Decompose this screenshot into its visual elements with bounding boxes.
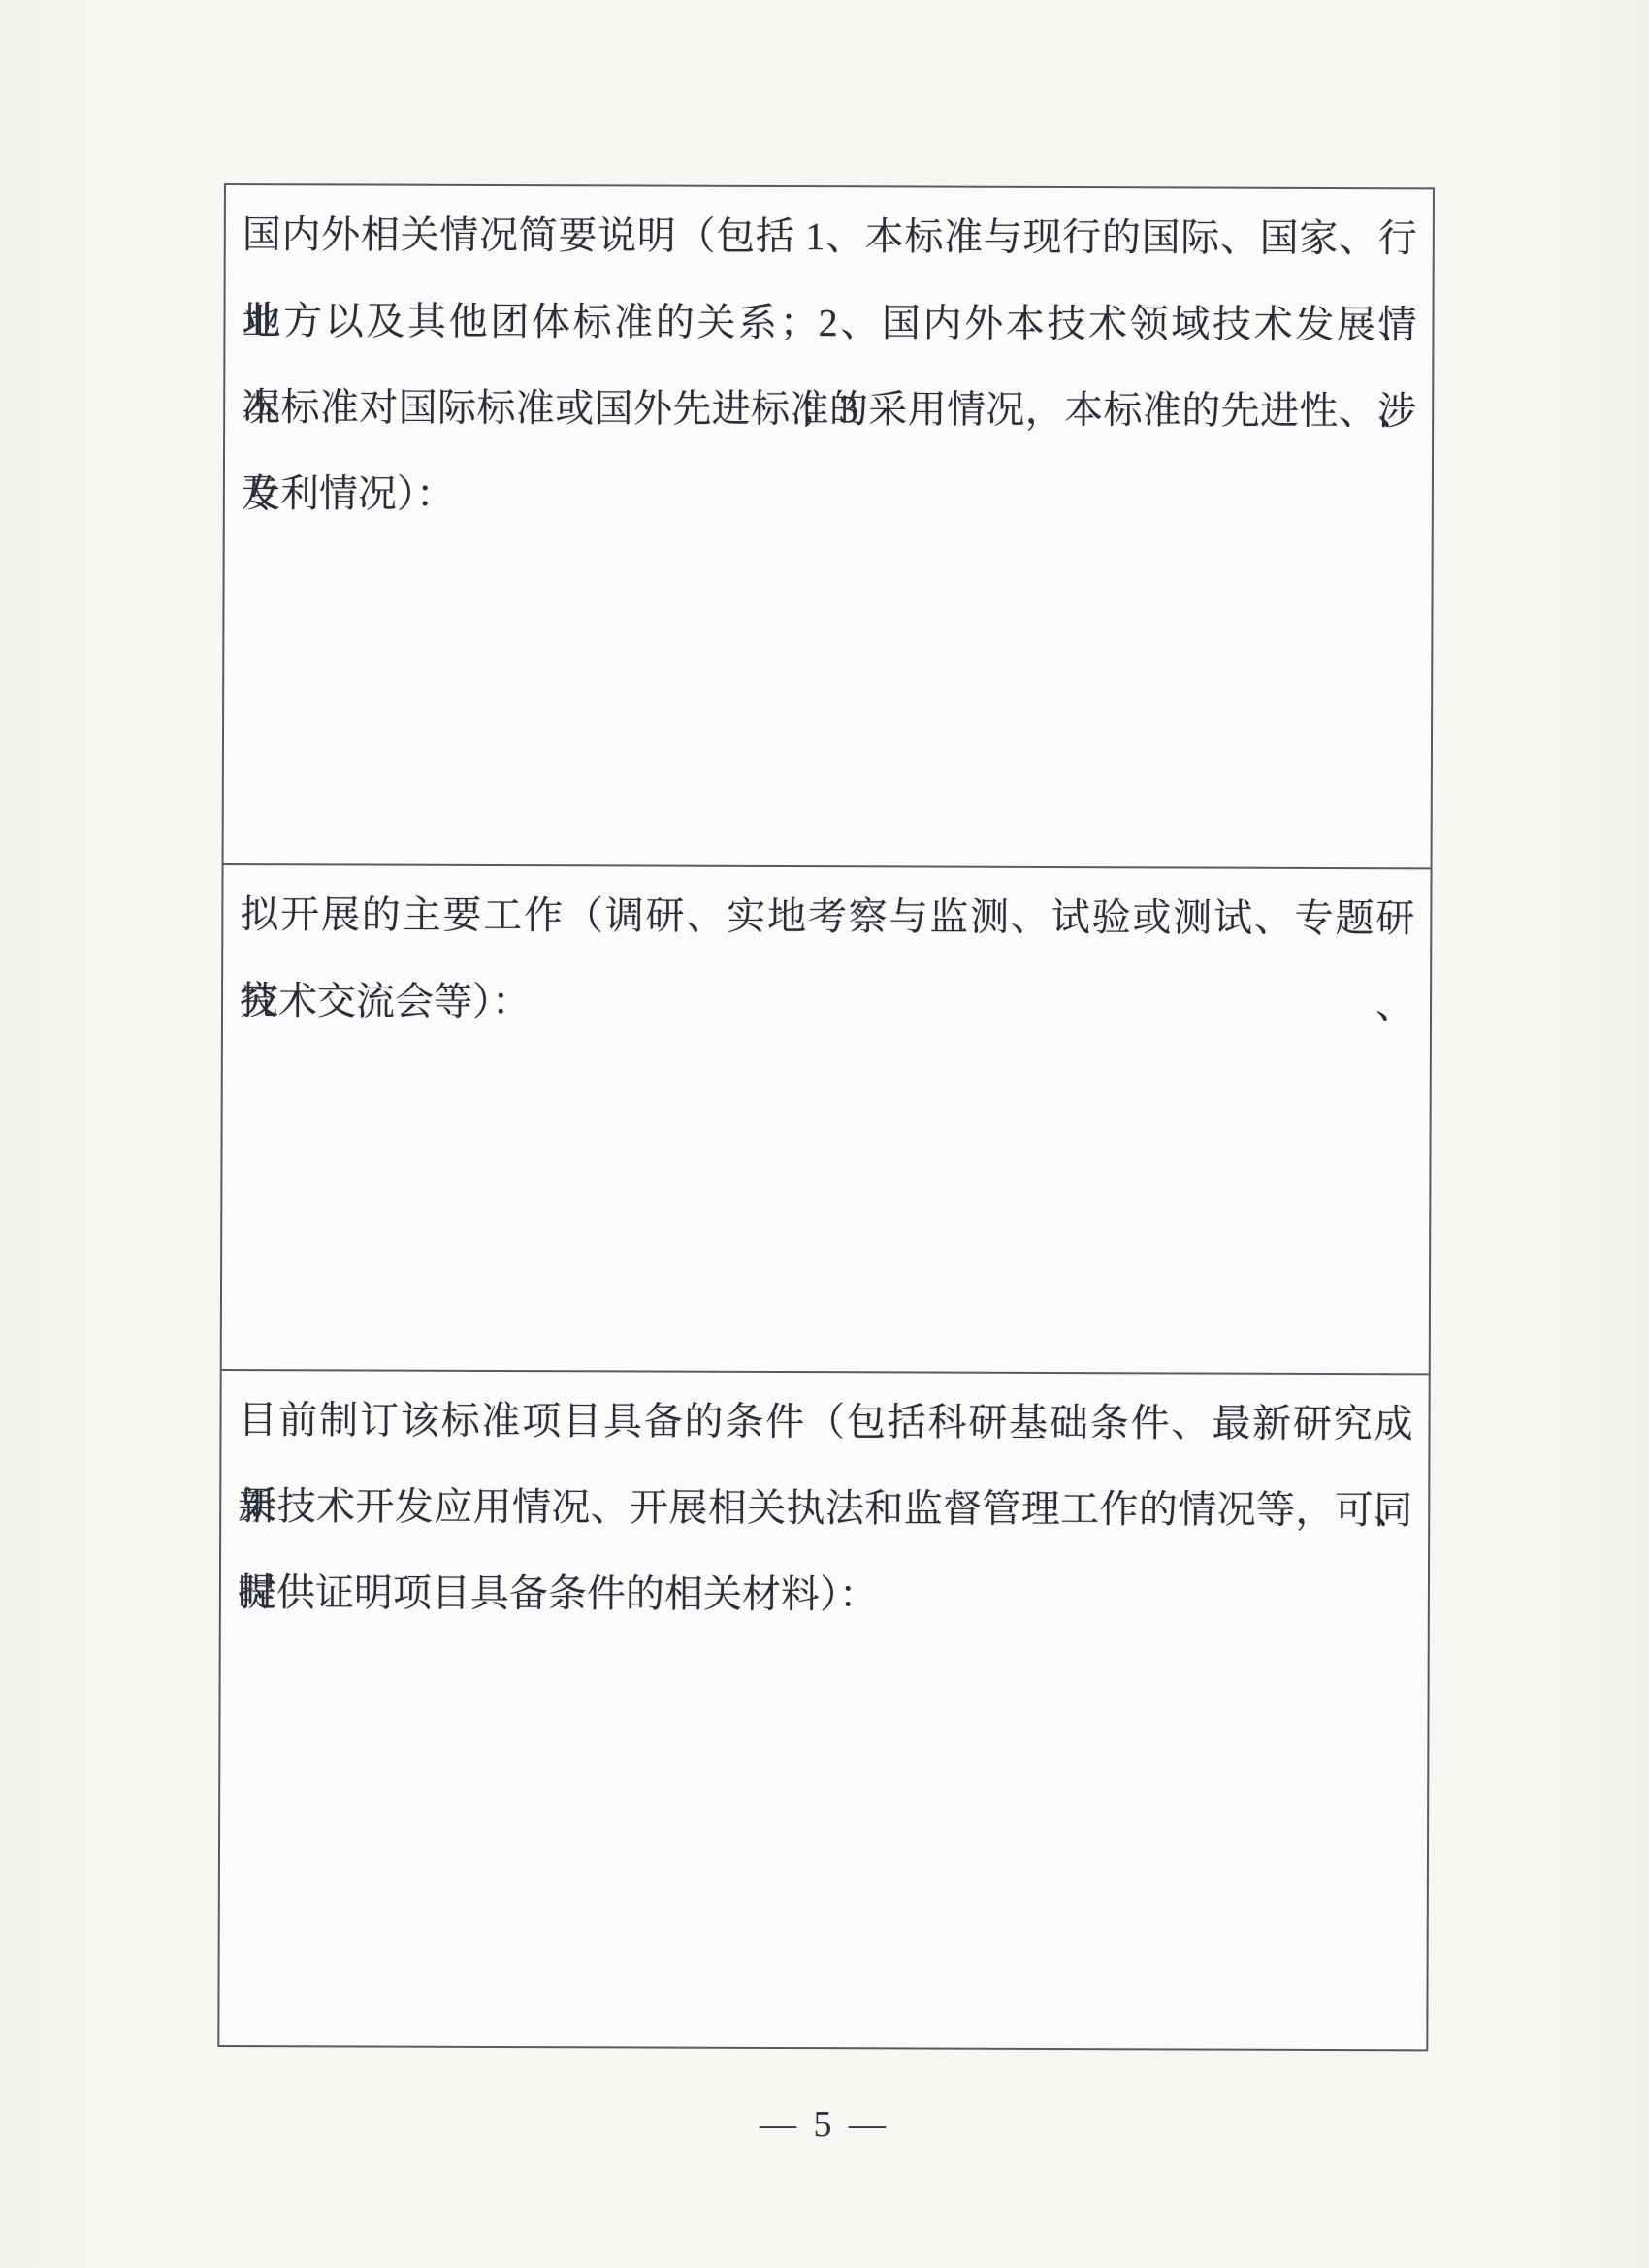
form-text-line: 新技术开发应用情况、开展相关执法和监督管理工作的情况等，可同时 <box>238 1463 1412 1553</box>
form-text-line: 本标准对国际标准或国外先进标准的采用情况，本标准的先进性、涉及 <box>242 364 1416 454</box>
form-text-line: 目前制订该标准项目具备的条件（包括科研基础条件、最新研究成果、 <box>238 1377 1412 1467</box>
form-text-line: 专利情况）： <box>242 450 1416 540</box>
form-text-line: 国内外相关情况简要说明（包括 1、本标准与现行的国际、国家、行业、 <box>242 191 1417 281</box>
form-text-line: 提供证明项目具备条件的相关材料）： <box>238 1549 1412 1639</box>
page-number: — 5 — <box>0 2103 1649 2146</box>
scanned-form-page: 国内外相关情况简要说明（包括 1、本标准与现行的国际、国家、行业、 地方以及其他… <box>0 0 1649 2268</box>
form-text-line: 拟开展的主要工作（调研、实地考察与监测、试验或测试、专题研究、 <box>240 871 1414 961</box>
form-cell-current-project-conditions: 目前制订该标准项目具备的条件（包括科研基础条件、最新研究成果、 新技术开发应用情… <box>219 1371 1428 2049</box>
form-cell-planned-main-work: 拟开展的主要工作（调研、实地考察与监测、试验或测试、专题研究、 技术交流会等）： <box>222 865 1431 1375</box>
form-cell-domestic-international-situation: 国内外相关情况简要说明（包括 1、本标准与现行的国际、国家、行业、 地方以及其他… <box>224 185 1433 869</box>
form-text-line: 地方以及其他团体标准的关系；2、国内外本技术领域技术发展情况；3、 <box>242 277 1416 368</box>
standard-application-form-table: 国内外相关情况简要说明（包括 1、本标准与现行的国际、国家、行业、 地方以及其他… <box>217 183 1435 2051</box>
